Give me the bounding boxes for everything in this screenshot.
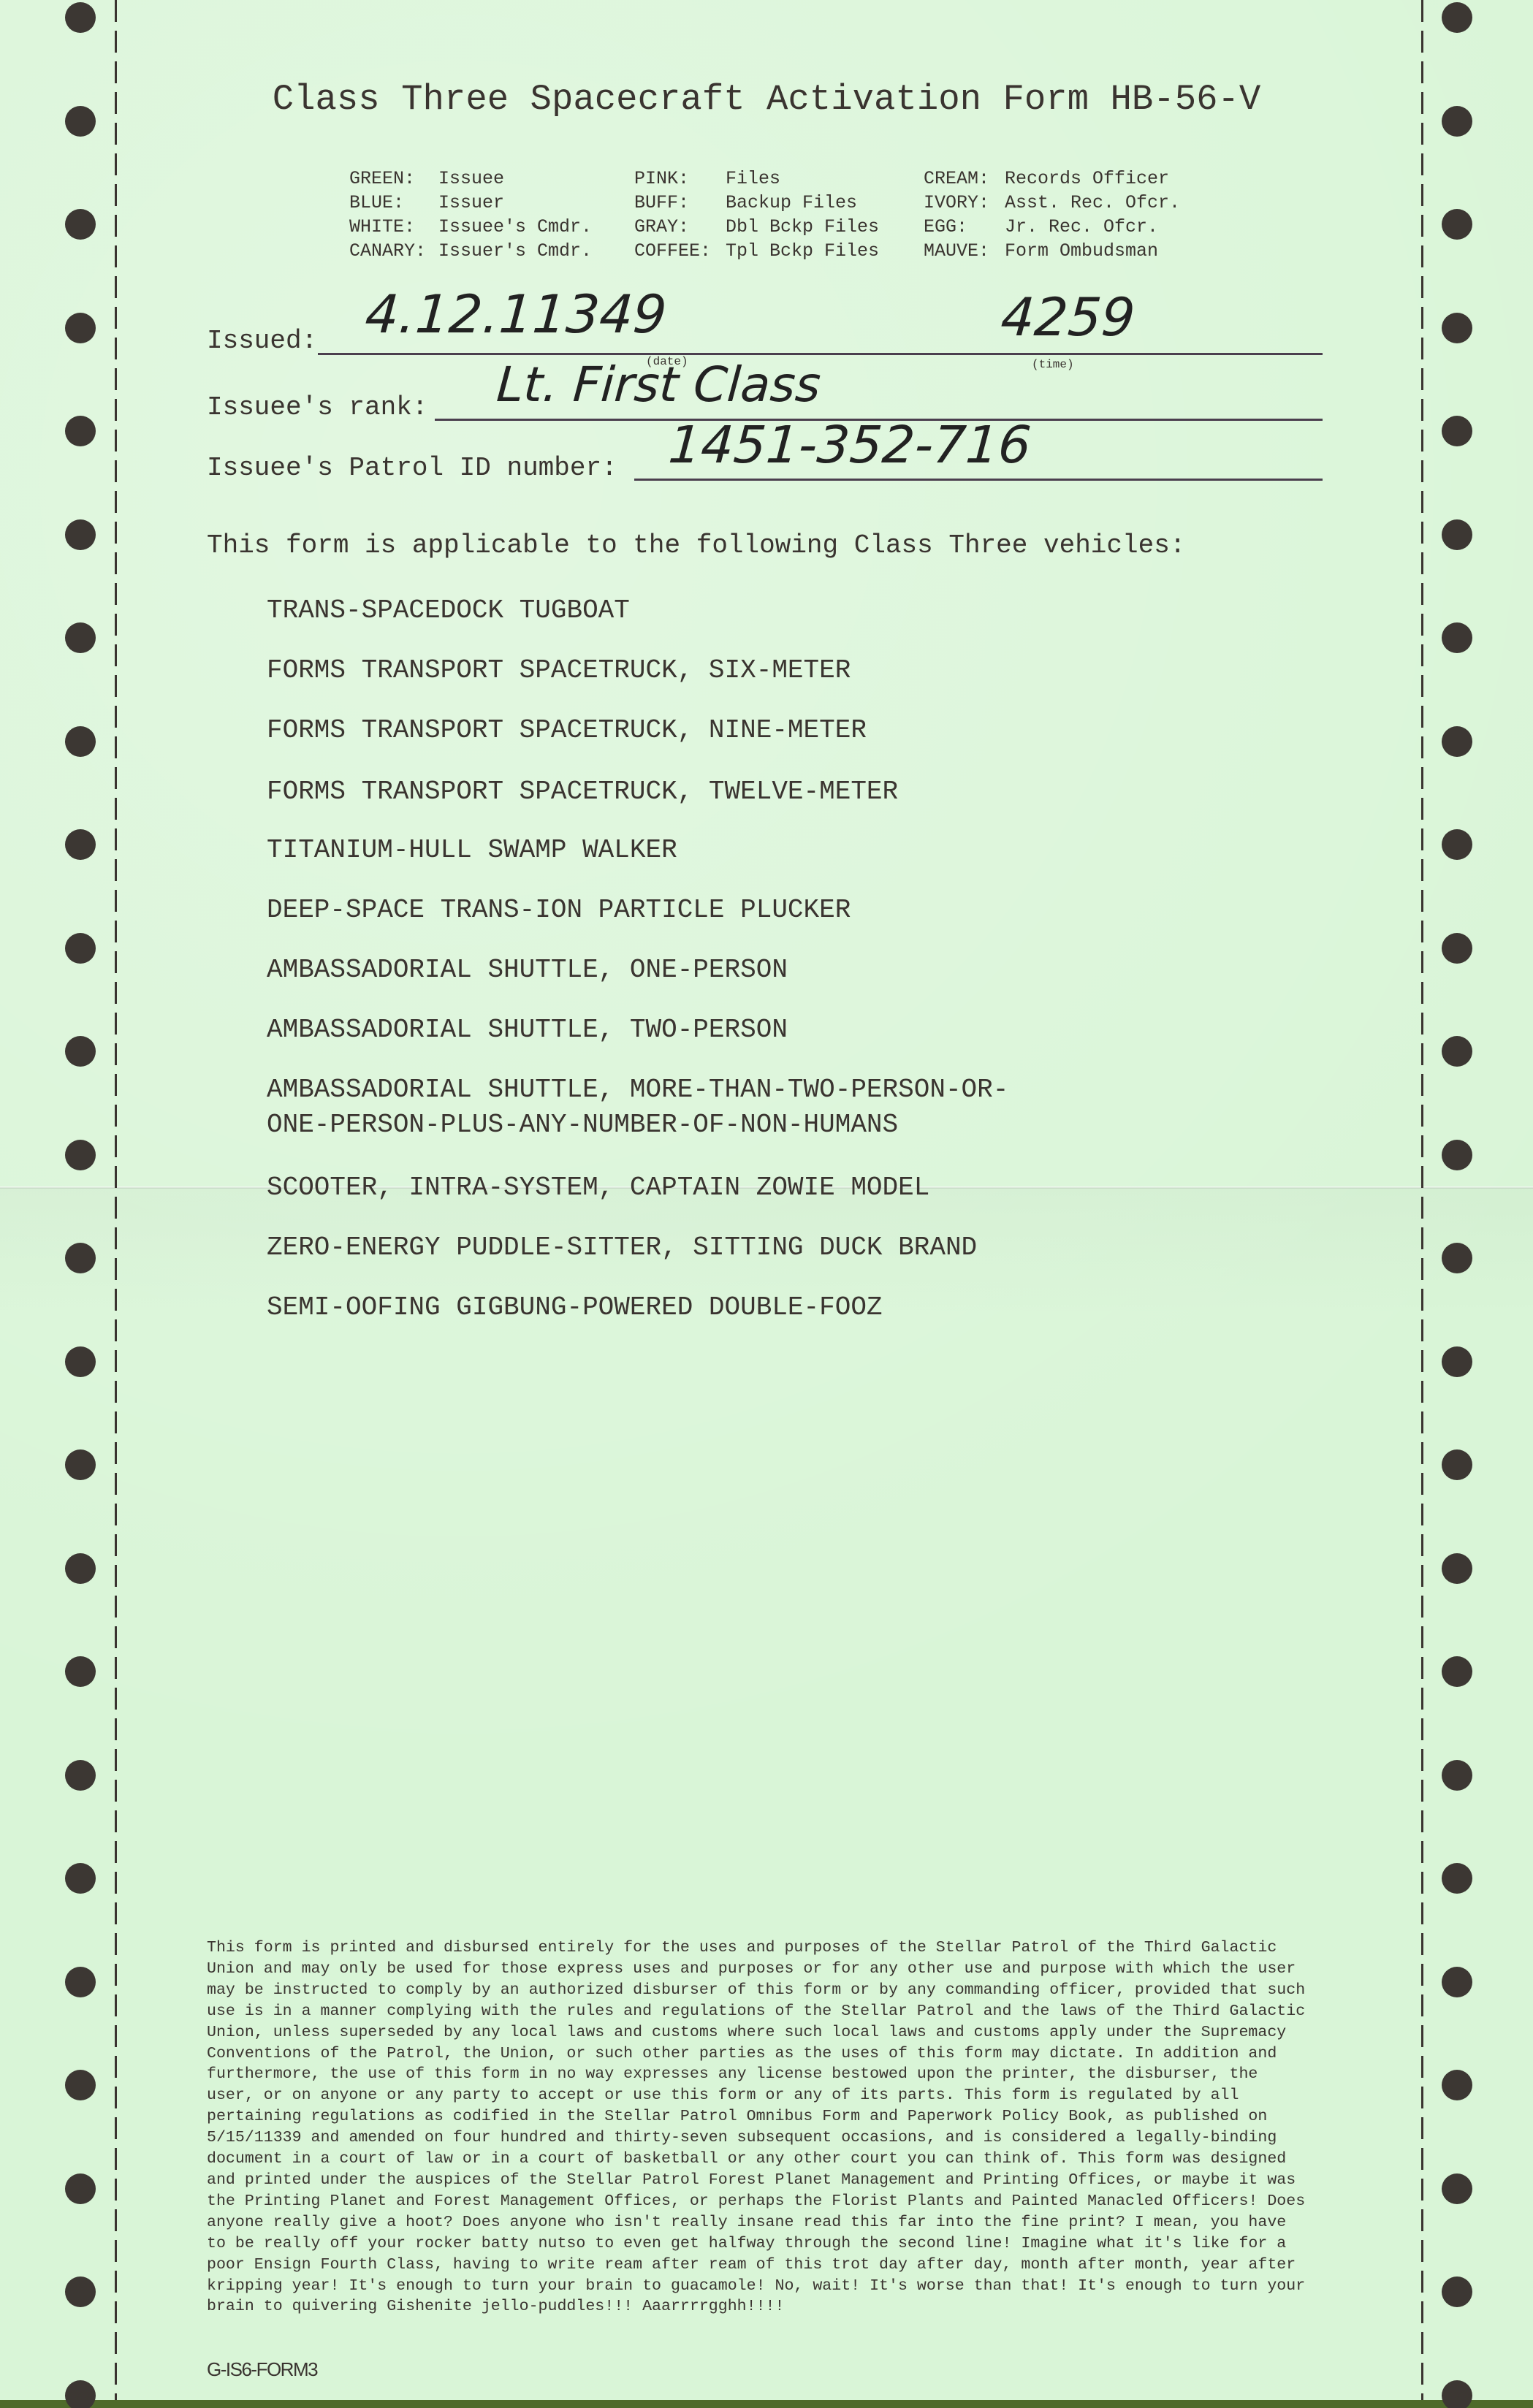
copy-color-label: WHITE: [349,215,415,239]
right-feed-hole [1442,1243,1472,1273]
copy-color-label: BUFF: [634,191,689,215]
fine-print-line: and printed under the auspices of the St… [207,2170,1347,2191]
right-feed-hole [1442,519,1472,550]
right-feed-hole [1442,622,1472,653]
right-feed-hole [1442,416,1472,446]
left-feed-hole [65,1243,96,1273]
left-feed-hole [65,519,96,550]
copy-color-label: BLUE: [349,191,404,215]
right-feed-hole [1442,1760,1472,1791]
fine-print-line: pertaining regulations as codified in th… [207,2106,1347,2127]
copy-recipient: Issuer [438,191,504,215]
right-feed-hole [1442,2276,1472,2307]
right-feed-hole [1442,933,1472,964]
right-feed-hole [1442,209,1472,240]
left-feed-hole [65,829,96,860]
copy-recipient: Issuee [438,167,504,191]
vehicle-item: TITANIUM-HULL SWAMP WALKER [267,833,677,868]
copy-recipient: Dbl Bckp Files [726,215,879,239]
vehicle-item: TRANS-SPACEDOCK TUGBOAT [267,593,630,628]
copy-color-label: EGG: [924,215,967,239]
copy-color-label: CREAM: [924,167,989,191]
right-feed-hole [1442,1036,1472,1067]
left-feed-hole [65,313,96,343]
vehicle-item: DEEP-SPACE TRANS-ION PARTICLE PLUCKER [267,893,851,928]
vehicle-item: AMBASSADORIAL SHUTTLE, ONE-PERSON [267,953,788,988]
fine-print-line: may be instructed to comply by an author… [207,1980,1347,2001]
fine-print-line: 5/15/11339 and amended on four hundred a… [207,2127,1347,2149]
patrol-id-label: Issuee's Patrol ID number: [207,453,617,483]
fine-print-line: kripping year! It's enough to turn your … [207,2276,1347,2297]
copy-color-label: IVORY: [924,191,989,215]
left-feed-hole [65,1760,96,1791]
left-feed-hole [65,1656,96,1687]
copy-recipient: Tpl Bckp Files [726,239,879,263]
left-feed-hole [65,1967,96,1997]
left-feed-hole [65,1449,96,1480]
copy-color-label: GREEN: [349,167,415,191]
patrol-id-value[interactable]: 1451-352-716 [666,415,1033,475]
right-feed-hole [1442,1967,1472,1997]
right-feed-hole [1442,2380,1472,2408]
vehicles-intro: This form is applicable to the following… [207,530,1185,560]
left-feed-hole [65,2276,96,2307]
fine-print-line: Union, unless superseded by any local la… [207,2022,1347,2043]
copy-recipient: Asst. Rec. Ofcr. [1005,191,1180,215]
right-feed-hole [1442,1140,1472,1170]
right-feed-hole [1442,1553,1472,1584]
left-feed-hole [65,416,96,446]
vehicle-item: FORMS TRANSPORT SPACETRUCK, SIX-METER [267,653,851,688]
left-feed-hole [65,726,96,757]
left-feed-hole [65,2380,96,2408]
time-caption: (time) [1032,358,1074,371]
copy-color-label: CANARY: [349,239,426,263]
form-code: G-IS6-FORM3 [207,2358,317,2381]
fine-print-line: brain to quivering Gishenite jello-puddl… [207,2296,1347,2317]
fine-print-line: poor Ensign Fourth Class, having to writ… [207,2255,1347,2276]
right-feed-hole [1442,1863,1472,1894]
copy-recipient: Backup Files [726,191,857,215]
copy-recipient: Issuer's Cmdr. [438,239,592,263]
rank-label: Issuee's rank: [207,392,427,422]
form-title: Class Three Spacecraft Activation Form H… [0,79,1533,120]
left-feed-hole [65,622,96,653]
left-feed-hole [65,209,96,240]
right-perforation [1421,0,1423,2400]
right-feed-hole [1442,313,1472,343]
rank-value[interactable]: Lt. First Class [495,357,822,413]
left-feed-hole [65,1346,96,1377]
issued-time-value[interactable]: 4259 [999,286,1137,348]
vehicle-item: SEMI-OOFING GIGBUNG-POWERED DOUBLE-FOOZ [267,1290,883,1325]
right-feed-hole [1442,829,1472,860]
copy-recipient: Form Ombudsman [1005,239,1158,263]
fine-print-line: Union and may only be used for those exp… [207,1959,1347,1980]
left-feed-hole [65,1863,96,1894]
copy-recipient: Jr. Rec. Ofcr. [1005,215,1158,239]
fine-print-line: to be really off your rocker batty nutso… [207,2233,1347,2255]
left-feed-hole [65,2070,96,2100]
left-feed-hole [65,2,96,33]
right-feed-hole [1442,2070,1472,2100]
copy-recipient: Files [726,167,780,191]
vehicle-item: SCOOTER, INTRA-SYSTEM, CAPTAIN ZOWIE MOD… [267,1170,929,1205]
fine-print-line: user, or on anyone or any party to accep… [207,2085,1347,2106]
fine-print: This form is printed and disbursed entir… [207,1938,1347,2317]
vehicle-item: AMBASSADORIAL SHUTTLE, MORE-THAN-TWO-PER… [267,1072,1008,1143]
right-feed-hole [1442,1656,1472,1687]
fine-print-line: This form is printed and disbursed entir… [207,1938,1347,1959]
issued-label: Issued: [207,326,317,356]
left-feed-hole [65,1036,96,1067]
left-feed-hole [65,1140,96,1170]
right-feed-hole [1442,2,1472,33]
patrol-id-underline [634,479,1323,481]
issued-date-value[interactable]: 4.12.11349 [363,283,669,345]
fine-print-line: anyone really give a hoot? Does anyone w… [207,2212,1347,2233]
vehicle-item: AMBASSADORIAL SHUTTLE, TWO-PERSON [267,1013,788,1048]
fine-print-line: document in a court of law or in a court… [207,2149,1347,2170]
right-feed-hole [1442,1346,1472,1377]
copy-color-label: MAUVE: [924,239,989,263]
fine-print-line: furthermore, the use of this form in no … [207,2064,1347,2085]
issued-underline [318,353,1323,355]
left-feed-hole [65,1553,96,1584]
left-perforation [115,0,117,2400]
left-feed-hole [65,2173,96,2204]
right-feed-hole [1442,1449,1472,1480]
copy-color-label: GRAY: [634,215,689,239]
vehicle-item: FORMS TRANSPORT SPACETRUCK, TWELVE-METER [267,774,898,809]
right-feed-hole [1442,2173,1472,2204]
vehicle-item: ZERO-ENERGY PUDDLE-SITTER, SITTING DUCK … [267,1230,977,1265]
fine-print-line: use is in a manner complying with the ru… [207,2001,1347,2022]
fine-print-line: the Printing Planet and Forest Managemen… [207,2191,1347,2212]
fine-print-line: Conventions of the Patrol, the Union, or… [207,2043,1347,2065]
copy-recipient: Records Officer [1005,167,1169,191]
form-paper: Class Three Spacecraft Activation Form H… [0,0,1533,2400]
left-feed-hole [65,933,96,964]
copy-color-label: PINK: [634,167,689,191]
copy-color-label: COFFEE: [634,239,711,263]
right-feed-hole [1442,726,1472,757]
vehicle-item: FORMS TRANSPORT SPACETRUCK, NINE-METER [267,713,867,748]
copy-recipient: Issuee's Cmdr. [438,215,592,239]
